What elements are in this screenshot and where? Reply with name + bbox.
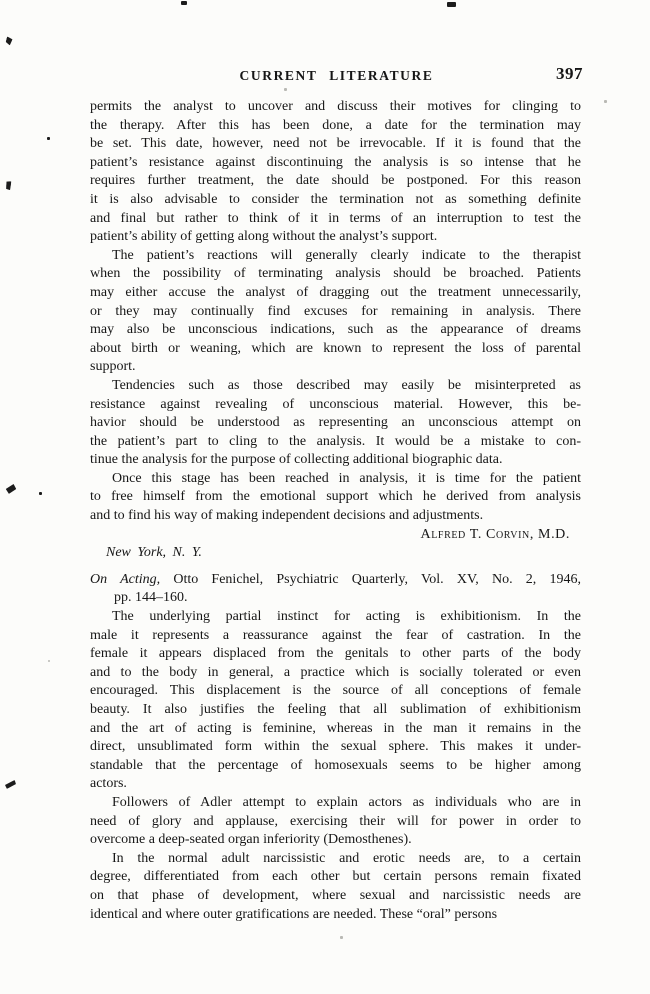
text-line: degree, differentiated from each other b…	[90, 868, 581, 887]
ink-speck	[5, 36, 13, 45]
ink-speck	[47, 137, 50, 140]
text-column: permits the analyst to uncover and discu…	[90, 98, 581, 924]
ink-speck	[48, 660, 50, 662]
text-line: encouraged. This displacement is the sou…	[90, 682, 581, 701]
page-number: 397	[556, 64, 583, 84]
ink-speck	[447, 2, 456, 7]
text-line: overcome a deep-seated organ inferiority…	[90, 831, 581, 850]
text-line: need of glory and applause, exercising t…	[90, 813, 581, 832]
text-line: about birth or weaning, which are known …	[90, 340, 581, 359]
text-line: patient’s resistance against discontinui…	[90, 154, 581, 173]
text-line: Tendencies such as those described may e…	[90, 377, 581, 396]
text-line: resistance against revealing of unconsci…	[90, 396, 581, 415]
ink-speck	[181, 1, 187, 5]
text-line: the therapy. After this has been done, a…	[90, 117, 581, 136]
text-line: female it appears displaced from the gen…	[90, 645, 581, 664]
text-line: may also be unconscious indications, suc…	[90, 321, 581, 340]
text-line: and final but rather to think of it in t…	[90, 210, 581, 229]
text-line: standable that the percentage of homosex…	[90, 757, 581, 776]
reviewer-signature: Alfred T. Corvin, M.D.	[90, 526, 581, 545]
text-line: be set. This date, however, need not be …	[90, 135, 581, 154]
text-line: and the art of acting is feminine, where…	[90, 720, 581, 739]
text-line: havior should be understood as represent…	[90, 414, 581, 433]
text-line: The patient’s reactions will generally c…	[90, 247, 581, 266]
running-head: CURRENT LITERATURE 397	[90, 66, 583, 88]
text-line: and to find his way of making independen…	[90, 507, 581, 526]
text-line: male it represents a reassurance against…	[90, 627, 581, 646]
text-line: identical and where outer gratifications…	[90, 906, 581, 925]
ink-speck	[604, 100, 607, 103]
text-line: patient’s ability of getting along witho…	[90, 228, 581, 247]
text-line: or they may continually find excuses for…	[90, 303, 581, 322]
ink-speck	[6, 181, 12, 190]
text-line: support.	[90, 358, 581, 377]
text-line: on that phase of development, where sexu…	[90, 887, 581, 906]
text-line: tinue the analysis for the purpose of co…	[90, 451, 581, 470]
text-line: the patient’s part to cling to the analy…	[90, 433, 581, 452]
text-line: The underlying partial instinct for acti…	[90, 608, 581, 627]
ink-speck	[5, 484, 17, 495]
text-line: direct, unsublimated form within the sex…	[90, 738, 581, 757]
text-line: when the possibility of terminating anal…	[90, 265, 581, 284]
journal-page: CURRENT LITERATURE 397 permits the analy…	[0, 0, 650, 994]
text-line: actors.	[90, 775, 581, 794]
text-line: and to the body in general, a practice w…	[90, 664, 581, 683]
text-line: permits the analyst to uncover and discu…	[90, 98, 581, 117]
text-line: to free himself from the emotional suppo…	[90, 488, 581, 507]
reviewer-location: New York, N. Y.	[90, 544, 581, 563]
citation-title: On Acting,	[90, 572, 160, 587]
text-line: it is also advisable to consider the ter…	[90, 191, 581, 210]
ink-speck	[284, 88, 287, 91]
section-title: CURRENT LITERATURE	[90, 68, 583, 84]
section-gap	[90, 563, 581, 571]
text-line: In the normal adult narcissistic and ero…	[90, 850, 581, 869]
text-line: beauty. It also justifies the feeling th…	[90, 701, 581, 720]
citation-pages: pp. 144–160.	[90, 589, 581, 608]
ink-speck	[340, 936, 343, 939]
citation-line: On Acting, Otto Fenichel, Psychiatric Qu…	[90, 571, 581, 590]
text-line: Followers of Adler attempt to explain ac…	[90, 794, 581, 813]
ink-speck	[39, 492, 42, 495]
text-line: may either accuse the analyst of draggin…	[90, 284, 581, 303]
text-line: Once this stage has been reached in anal…	[90, 470, 581, 489]
ink-speck	[4, 780, 16, 789]
text-line: requires further treatment, the date sho…	[90, 172, 581, 191]
citation-source: Otto Fenichel, Psychiatric Quarterly, Vo…	[160, 572, 581, 587]
